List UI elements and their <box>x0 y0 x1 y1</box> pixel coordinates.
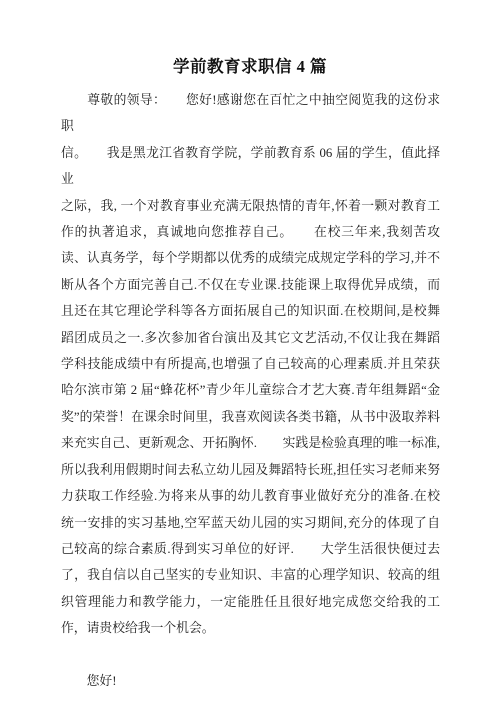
text-line: 之际，我, 一个对教育事业充满无限热情的青年,怀着一颗对教育工 <box>61 193 440 219</box>
text-line: 断从各个方面完善自己.不仅在专业课.技能课上取得优异成绩，而 <box>61 272 440 298</box>
text-line: 尊敬的领导： 您好!感谢您在百忙之中抽空阅览我的这份求职 <box>61 87 440 140</box>
text-line: 统一安排的实习基地,空军蓝天幼儿园的实习期间,充分的体现了自 <box>61 510 440 536</box>
document-page: 学前教育求职信 4 篇 尊敬的领导： 您好!感谢您在百忙之中抽空阅览我的这份求职… <box>0 0 500 707</box>
text-line: 织管理能力和教学能力，一定能胜任且很好地完成您交给我的工 <box>61 589 440 615</box>
paragraph-lines: 尊敬的领导： 您好!感谢您在百忙之中抽空阅览我的这份求职信。 我是黑龙江省教育学… <box>61 87 440 642</box>
text-line: 了，我自信以自己坚实的专业知识、丰富的心理学知识、较高的组 <box>61 562 440 588</box>
text-line: 来充实自己、更新观念、开拓胸怀. 实践是检验真理的唯一标准, <box>61 430 440 456</box>
text-line: 作，请贵校给我一个机会。 <box>61 615 440 641</box>
document-title: 学前教育求职信 4 篇 <box>0 56 500 78</box>
text-line: 己较高的综合素质.得到实习单位的好评. 大学生活很快便过去 <box>61 536 440 562</box>
text-line: 哈尔滨市第 2 届“蜂花杯”青少年儿童综合才艺大赛.青年组舞蹈“金 <box>61 377 440 403</box>
text-line: 力获取工作经验.为将来从事的幼儿教育事业做好充分的准备.在校 <box>61 483 440 509</box>
text-line: 读、认真务学，每个学期都以优秀的成绩完成规定学科的学习,并不 <box>61 245 440 271</box>
document-body: 尊敬的领导： 您好!感谢您在百忙之中抽空阅览我的这份求职信。 我是黑龙江省教育学… <box>61 87 440 694</box>
text-line: 所以我利用假期时间去私立幼儿园及舞蹈特长班,担任实习老师来努 <box>61 457 440 483</box>
text-line: 奖”的荣誉！在课余时间里，我喜欢阅读各类书籍，从书中汲取养料 <box>61 404 440 430</box>
closing-greeting: 您好! <box>61 668 440 694</box>
text-line: 且还在其它理论学科等各方面拓展自己的知识面.在校期间,是校舞 <box>61 298 440 324</box>
text-line: 信。 我是黑龙江省教育学院，学前教育系 06 届的学生，值此择业 <box>61 140 440 193</box>
text-line: 学科技能成绩中有所提高,也增强了自己较高的心理素质.并且荣获 <box>61 351 440 377</box>
text-line: 蹈团成员之一.多次参加省台演出及其它文艺活动,不仅让我在舞蹈 <box>61 325 440 351</box>
text-line: 作的执著追求，真诚地向您推荐自己。 在校三年来,我刻苦攻 <box>61 219 440 245</box>
